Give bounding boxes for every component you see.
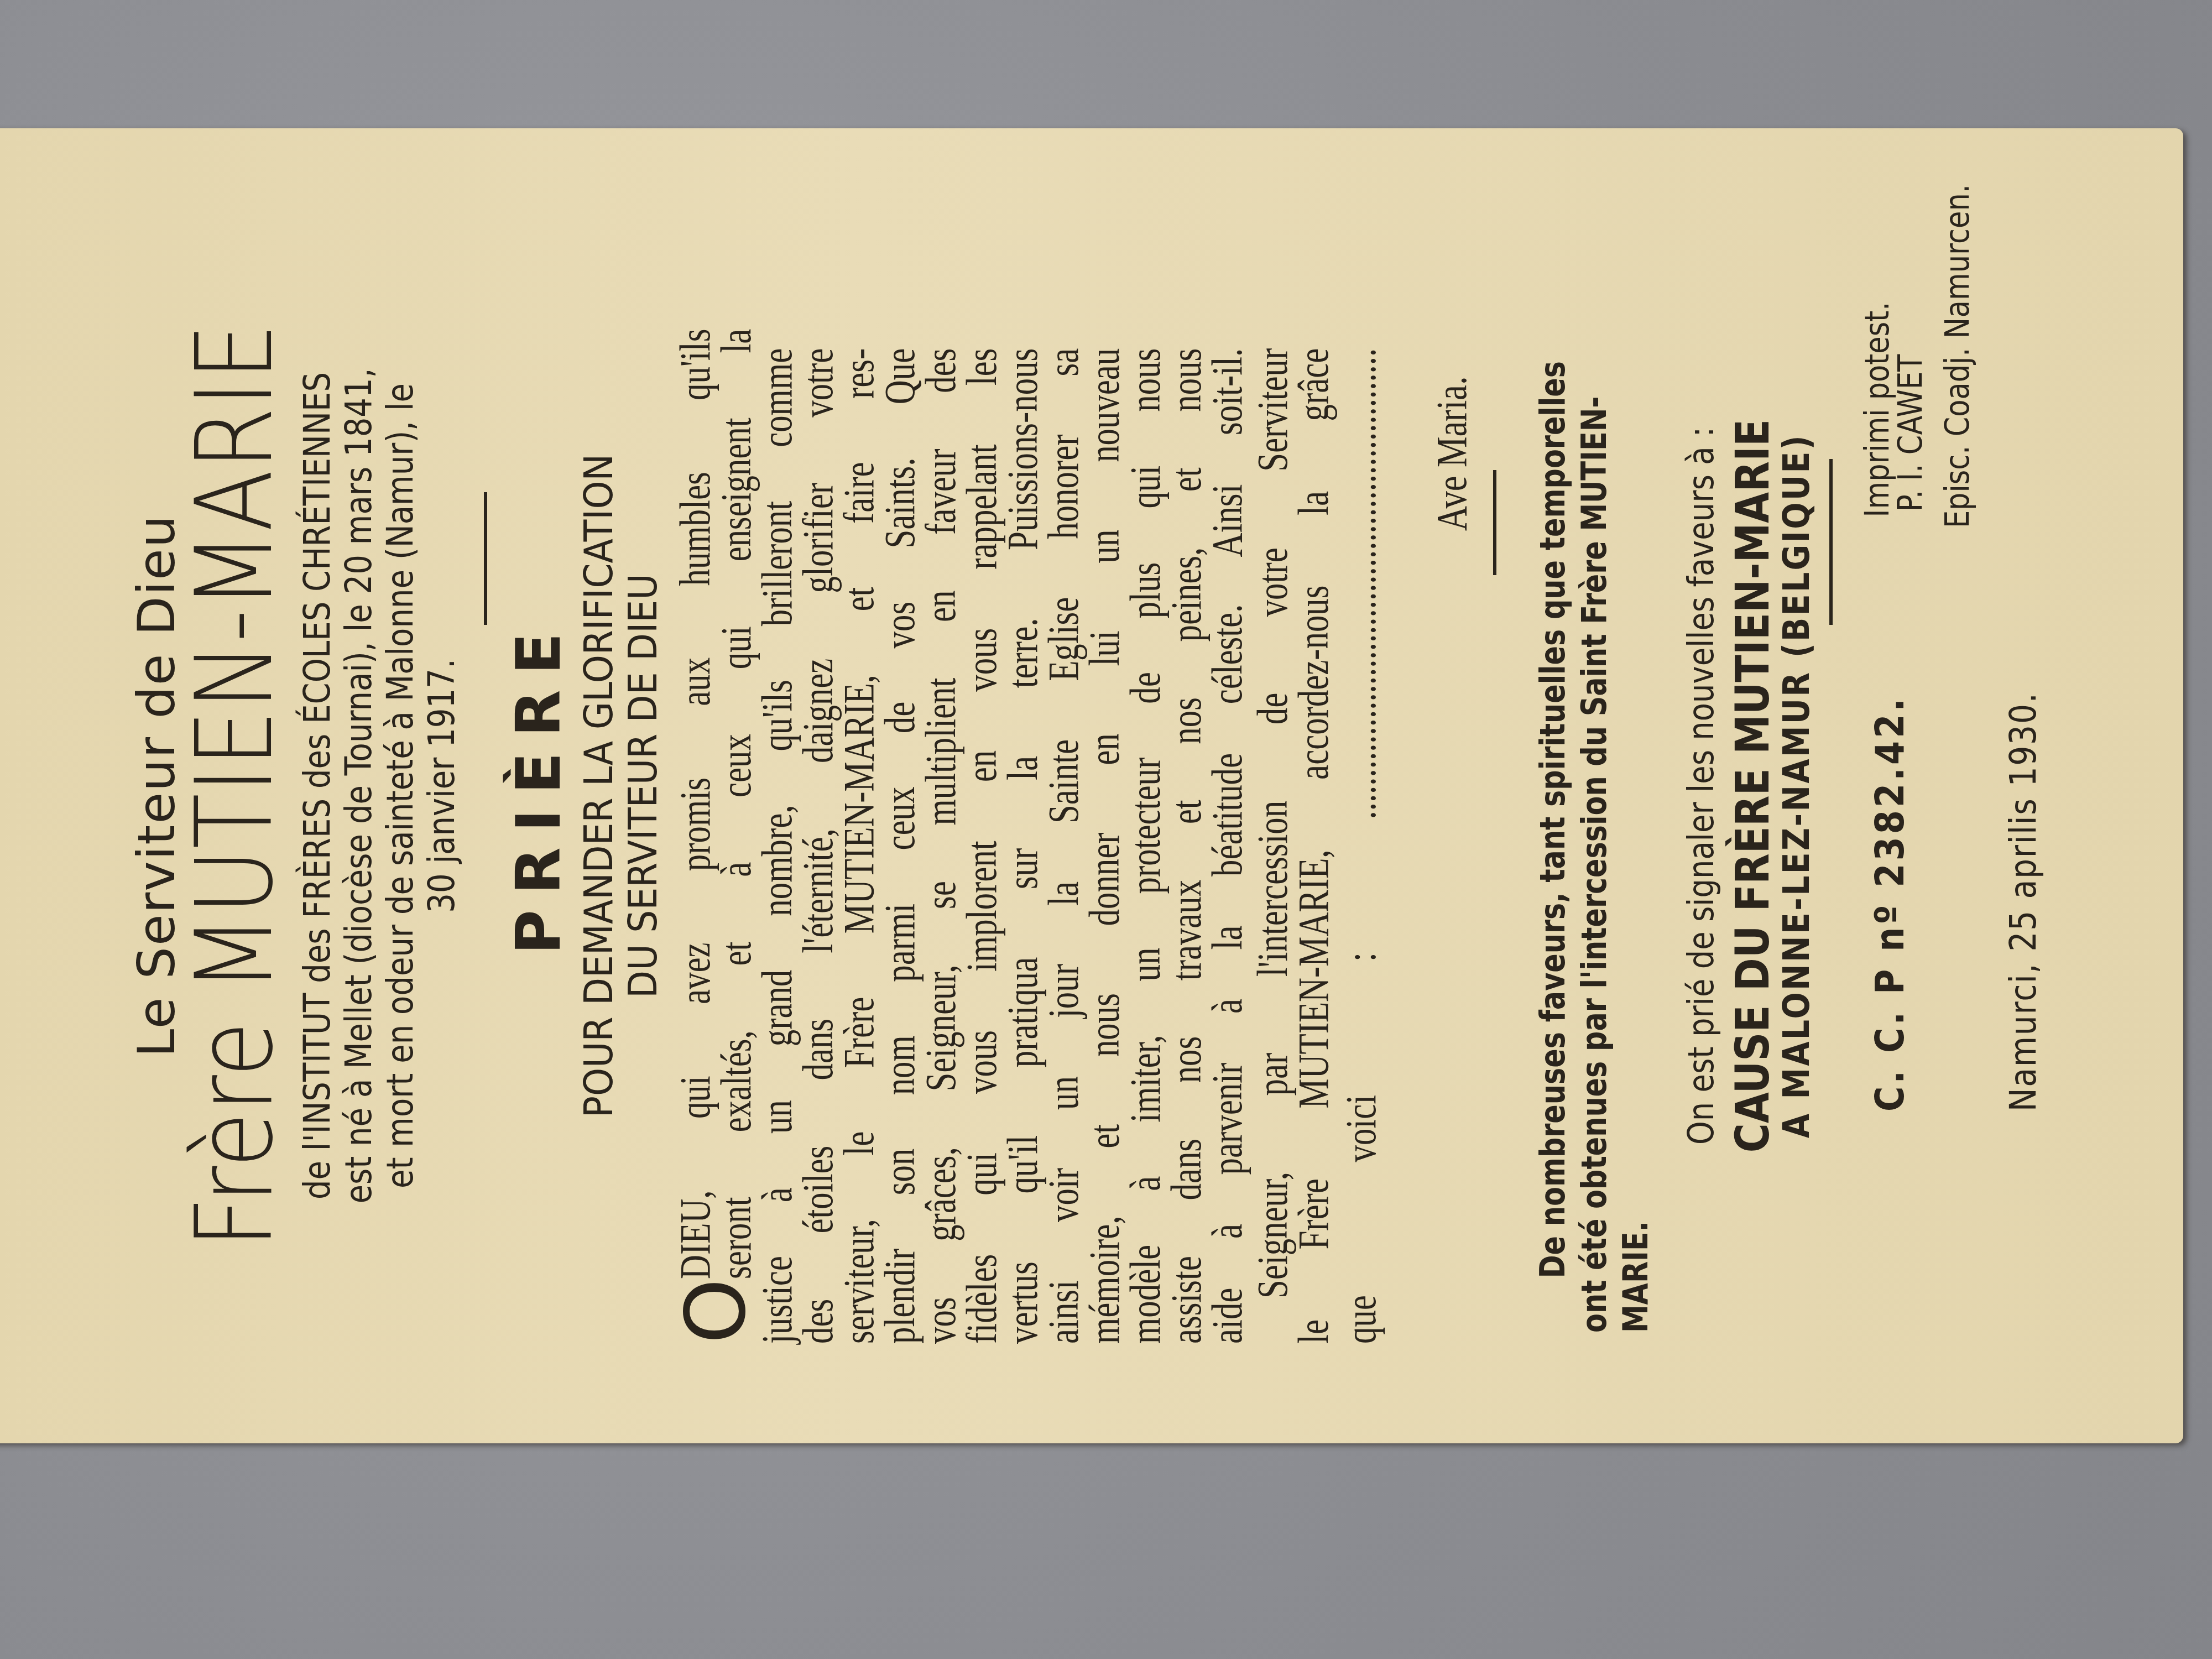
favours-text: De nombreuses faveurs, tant spirituelles…: [1532, 337, 1656, 1333]
prayer-line: vertus qu'il pratiqua sur la terre. Puis…: [1002, 348, 1043, 1344]
divider-rule: [1829, 459, 1833, 625]
favours-line: De nombreuses faveurs, tant spirituelles…: [1532, 517, 1573, 1333]
cause-address-1: CAUSE DU FRÈRE MUTIEN-MARIE: [1725, 220, 1780, 1351]
prayer-line: des étoiles dans l'éternité, daignez glo…: [797, 348, 838, 1344]
prayer-subtitle-1: POUR DEMANDER LA GLORIFICATION: [575, 194, 622, 1378]
place-date: Namurci, 25 aprilis 1930.: [2002, 692, 2044, 1112]
prayer-line: seront exaltés, et à ceux qui enseignent…: [716, 329, 757, 1344]
prayer-line: aide à parvenir à la béatitude céleste. …: [1207, 348, 1248, 1344]
prayer-line: modèle à imiter, un protecteur de plus q…: [1125, 348, 1166, 1344]
prayer-line: justice à un grand nombre, qu'ils brille…: [757, 348, 797, 1344]
header-death: et mort en odeur de sainteté à Malonne (…: [379, 227, 421, 1344]
prayer-title: PRIÈRE: [503, 128, 574, 1443]
prayer-line: fidèles qui vous implorent en vous rappe…: [961, 348, 1002, 1344]
card-content-rotated: Le Serviteur de Dieu Frère MUTIEN-MARIE …: [0, 128, 2183, 1443]
prayer-line: plendir son nom parmi ceux de vos Saints…: [879, 348, 920, 1344]
header-name: Frère MUTIEN-MARIE: [180, 220, 290, 1351]
ave-maria: Ave Maria.: [1427, 376, 1477, 531]
prayer-line: mémoire, et nous donner en lui un nouvea…: [1084, 348, 1125, 1344]
ccp-number: C. C. P nº 2382.42.: [1866, 696, 1913, 1112]
favours-line: MARIE.: [1615, 517, 1656, 1333]
header-birth: est né à Mellet (diocèse de Tournai), le…: [337, 227, 380, 1344]
divider-rule: [484, 492, 487, 625]
intercession-line: que voici : ............................…: [1340, 348, 1381, 1344]
prayer-line: ainsi voir un jour la Sainte Eglise hono…: [1043, 348, 1084, 1344]
prayer-line: serviteur, le Frère MUTIEN-MARIE, et fai…: [838, 348, 879, 1344]
divider-rule: [1493, 470, 1496, 575]
prayer-line: vos grâces, Seigneur, se multiplient en …: [920, 348, 961, 1344]
imprimi-signatory: P. I. CAWET: [1891, 354, 1930, 512]
prayer-card: Le Serviteur de Dieu Frère MUTIEN-MARIE …: [0, 128, 2183, 1443]
intercession-line: Seigneur, par l'intercession de votre Se…: [1252, 348, 1293, 1344]
prayer-body: O DIEU, qui avez promis aux humbles qu'i…: [675, 348, 1381, 1344]
header-death-date: 30 janvier 1917.: [420, 227, 463, 1344]
prayer-subtitle-2: DU SERVITEUR DE DIEU: [619, 194, 666, 1378]
cause-address-2: A MALONNE-LEZ-NAMUR (BELGIQUE): [1775, 220, 1818, 1351]
intercession-line: le Frère MUTIEN-MARIE, accordez-nous la …: [1293, 348, 1334, 1344]
favours-line: ont été obtenues par l'intercession du S…: [1573, 517, 1615, 1333]
header-institut: de l'INSTITUT des FRÈRES des ÉCOLES CHRÉ…: [296, 227, 338, 1344]
prayer-line: DIEU, qui avez promis aux humbles qu'ils: [675, 329, 716, 1344]
imprimi-title: Episc. Coadj. Namurcen.: [1938, 184, 1977, 528]
signal-text: On est prié de signaler les nouvelles fa…: [1681, 227, 1722, 1344]
prayer-line: assiste dans nos travaux et nos peines, …: [1166, 348, 1207, 1344]
